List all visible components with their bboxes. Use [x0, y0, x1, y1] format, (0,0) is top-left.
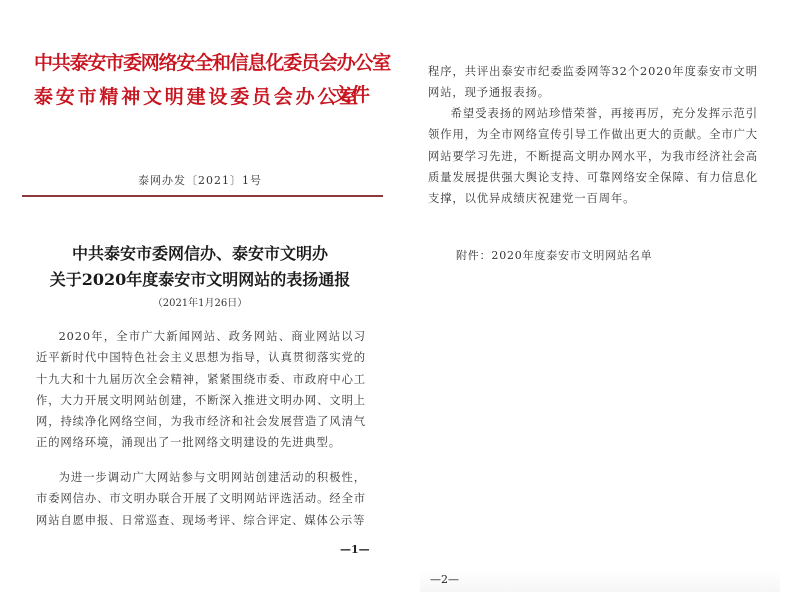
document-title: 中共泰安市委网信办、泰安市文明办 关于2020年度泰安市文明网站的表扬通报 （2… [0, 241, 400, 313]
header-suffix: 文件 [332, 80, 370, 107]
body-paragraph: 程序，共评出泰安市纪委监委网等32个2020年度泰安市文明网站，现予通报表扬。 [428, 61, 758, 104]
page-number: —1— [340, 543, 370, 556]
issuing-org-2: 泰安市精神文明建设委员会办公室 [34, 80, 364, 114]
body-paragraph: 为进一步调动广大网站参与文明网站创建活动的积极性，市委网信办、市文明办联合开展了… [36, 467, 366, 531]
document-number: 泰网办发〔2021〕1号 [0, 172, 400, 188]
title-line-1: 中共泰安市委网信办、泰安市文明办 [0, 241, 400, 267]
header-divider [22, 195, 383, 197]
document-page-1: 中共泰安市委网络安全和信息化委员会办公室 泰安市精神文明建设委员会办公室 文件 … [0, 0, 400, 600]
red-header: 中共泰安市委网络安全和信息化委员会办公室 泰安市精神文明建设委员会办公室 [34, 46, 364, 114]
page-shadow [420, 570, 780, 592]
title-line-2: 关于2020年度泰安市文明网站的表扬通报 [0, 267, 400, 293]
body-paragraph: 2020年，全市广大新闻网站、政务网站、商业网站以习近平新时代中国特色社会主义思… [36, 326, 366, 454]
title-date: （2021年1月26日） [0, 295, 400, 313]
issuing-org-1: 中共泰安市委网络安全和信息化委员会办公室 [34, 46, 364, 80]
body-paragraph: 希望受表扬的网站珍惜荣誉，再接再厉，充分发挥示范引领作用，为全市网络宣传引导工作… [428, 103, 758, 209]
page-number: —2— [430, 573, 459, 586]
attachment-note: 附件：2020年度泰安市文明网站名单 [456, 247, 652, 263]
